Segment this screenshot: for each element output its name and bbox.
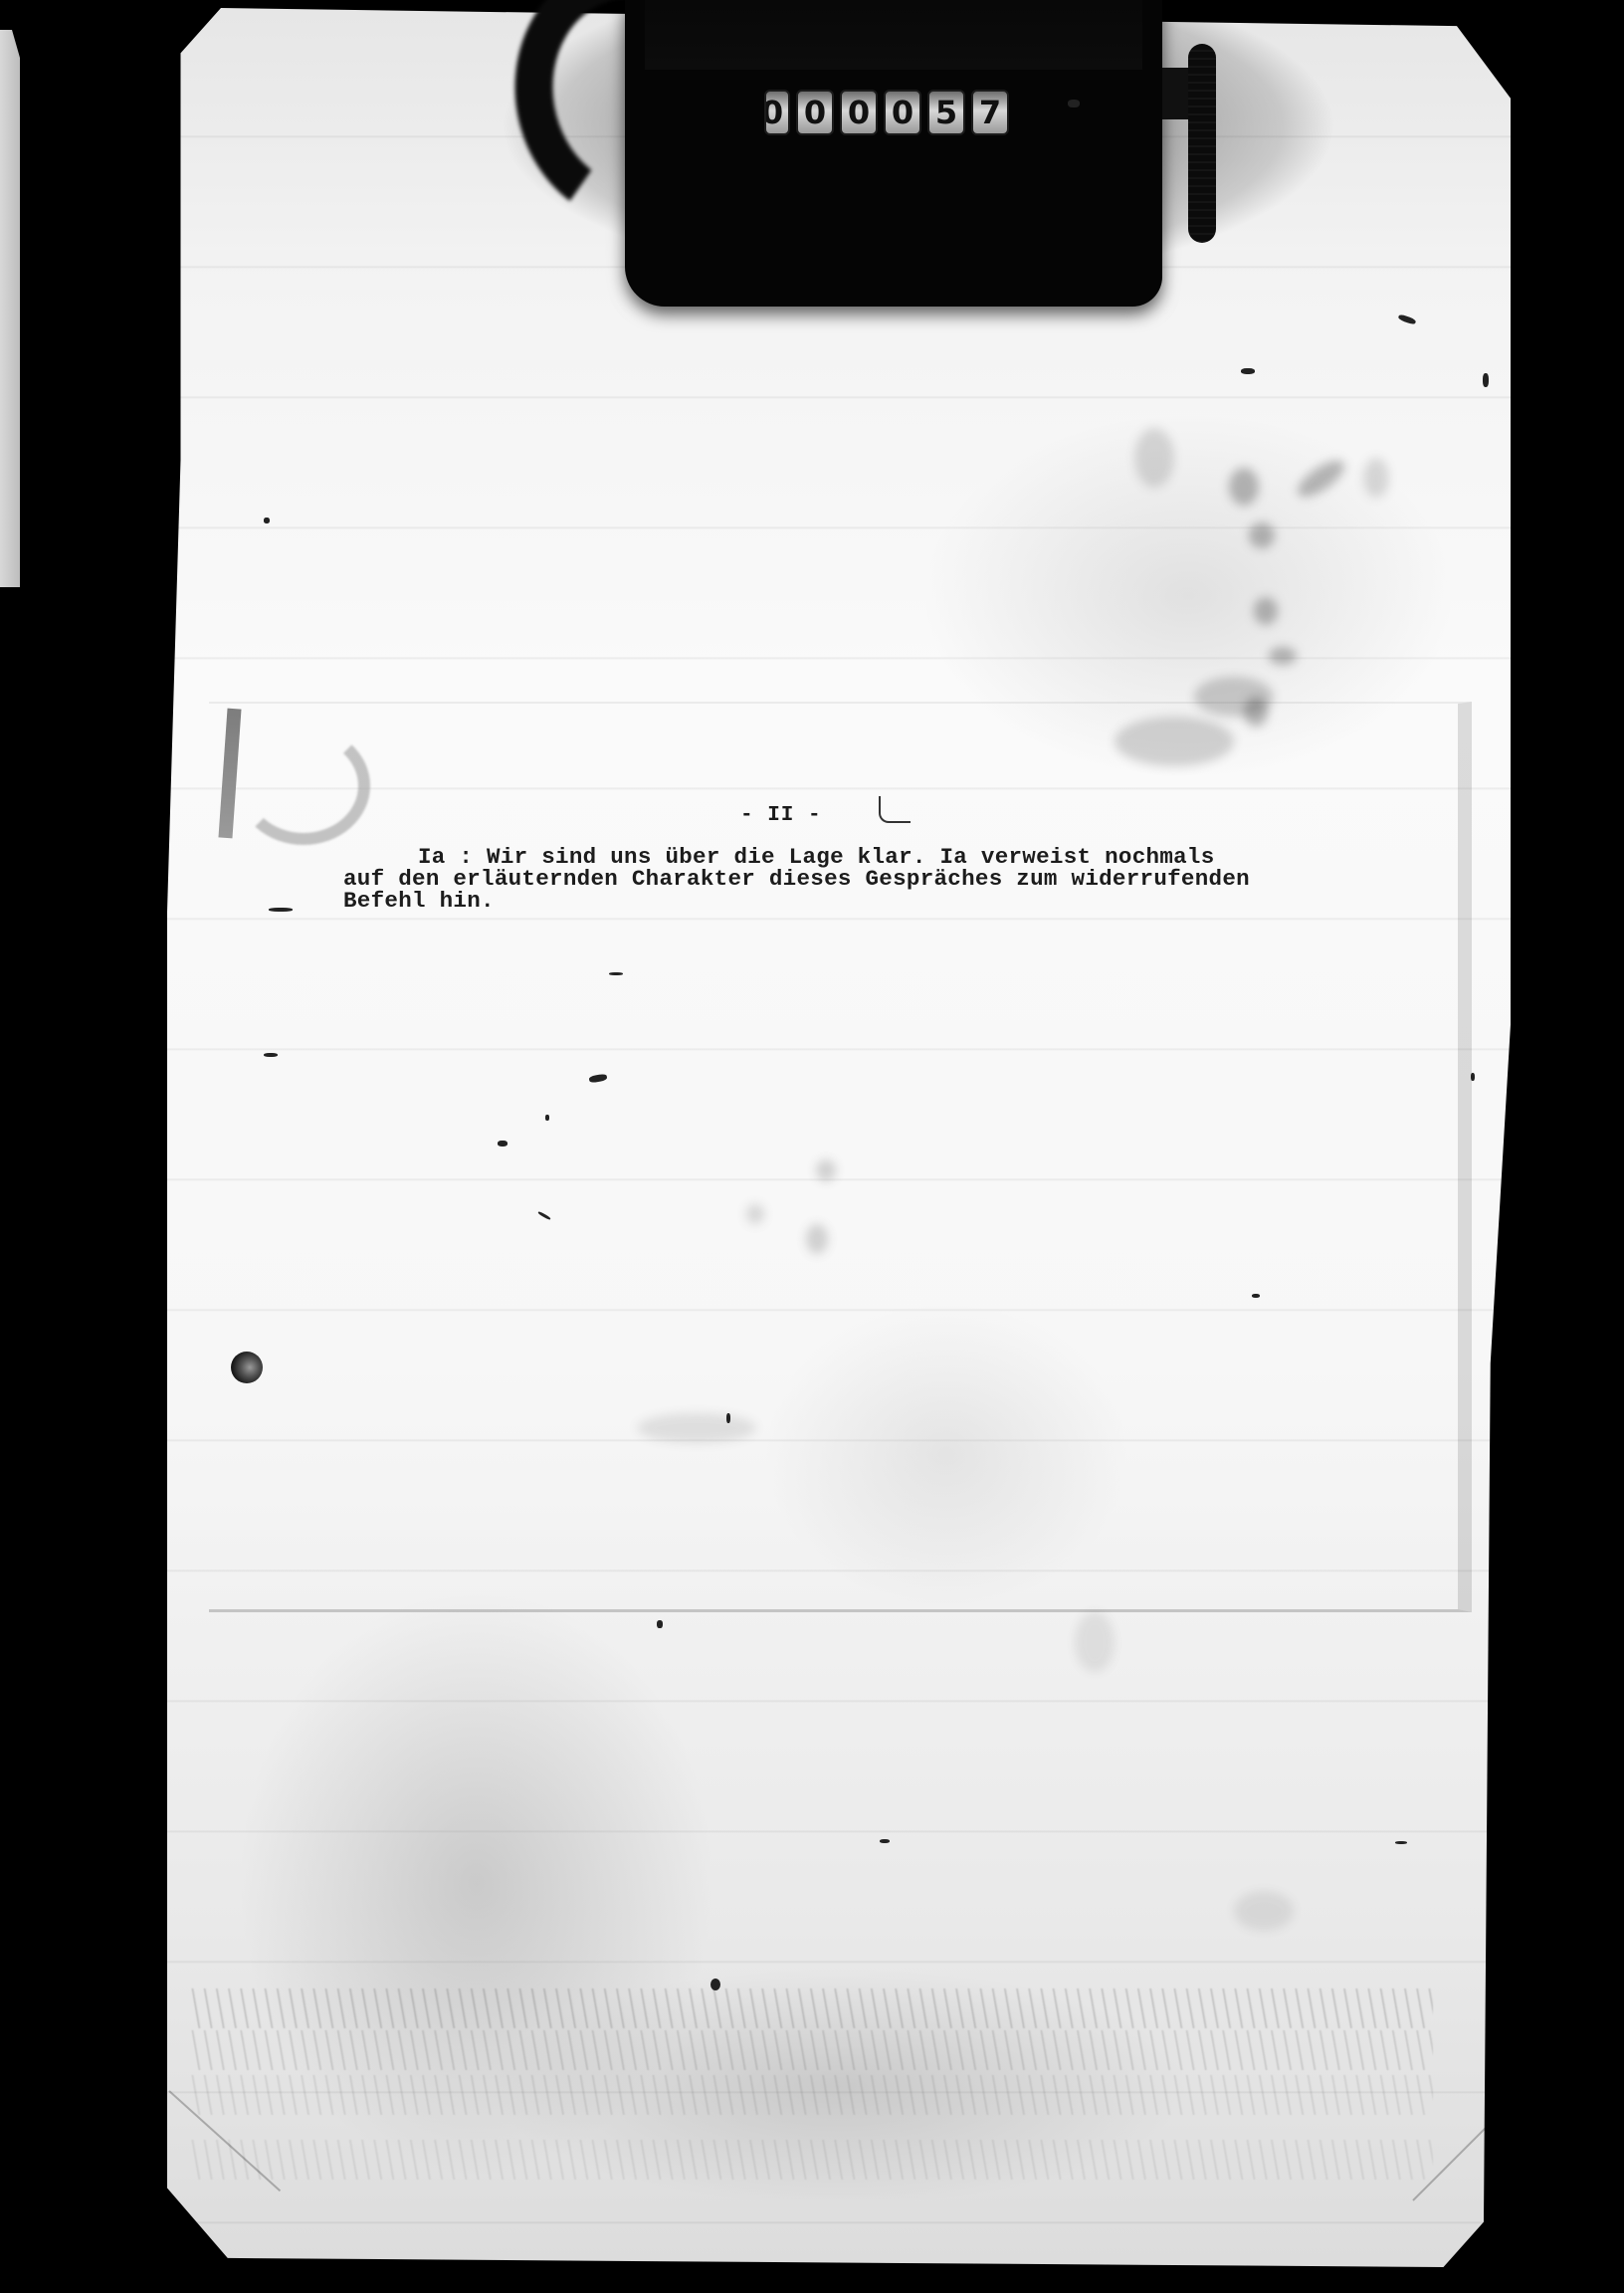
typed-paragraph: Ia : Wir sind uns über die Lage klar. Ia…: [343, 846, 1438, 912]
frame-counter: 0 0 0 0 5 7: [625, 0, 1162, 318]
pencil-mark: [879, 796, 911, 823]
counter-digit: 5: [927, 90, 965, 135]
counter-digit: 0: [840, 90, 878, 135]
ring-stain: [237, 727, 370, 845]
page-number: - II -: [740, 804, 822, 827]
bleed-through-band: [189, 2075, 1433, 2115]
counter-digit: 7: [971, 90, 1009, 135]
bleed-through-band: [189, 1988, 1433, 2028]
bleed-through-band: [189, 2140, 1433, 2180]
text-line: auf den erläuternden Charakter dieses Ge…: [343, 868, 1438, 890]
counter-digit: 0: [796, 90, 834, 135]
underlying-page-border: [209, 702, 1472, 1612]
counter-knob-icon: [1188, 44, 1216, 243]
text-line: Befehl hin.: [343, 890, 1438, 912]
punch-hole: [231, 1352, 263, 1383]
counter-knob-axle: [1162, 68, 1190, 119]
previous-frame-edge: [0, 30, 20, 587]
bleed-through-band: [189, 2030, 1433, 2070]
counter-digit: 0: [884, 90, 921, 135]
text-line: Ia : Wir sind uns über die Lage klar. Ia…: [343, 846, 1438, 868]
counter-body: 0 0 0 0 5 7: [625, 0, 1162, 307]
counter-digit: 0: [764, 90, 790, 135]
counter-digits: 0 0 0 0 5 7: [764, 90, 1009, 135]
